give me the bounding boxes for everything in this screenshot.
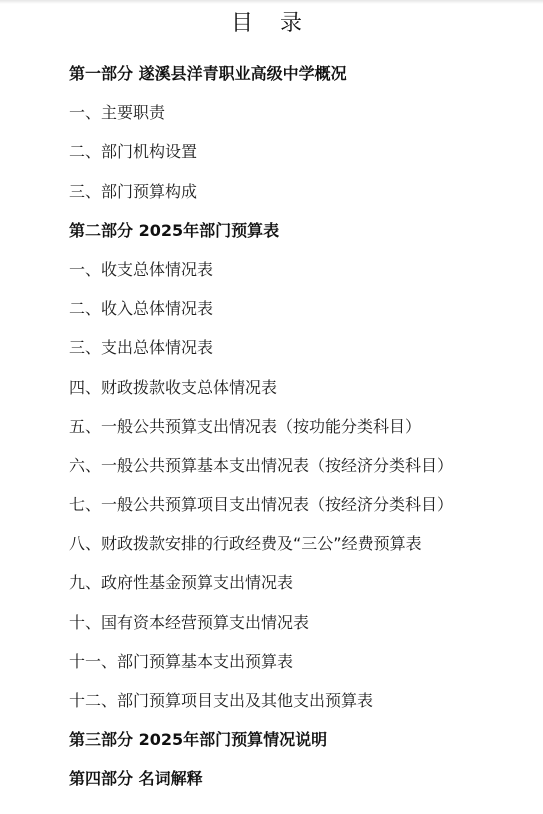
toc-item-three-public-expenses[interactable]: 八、财政拨款安排的行政经费及“三公”经费预算表 [69,530,453,569]
toc-item-general-budget-basic-by-economic[interactable]: 六、一般公共预算基本支出情况表（按经济分类科目） [69,452,453,491]
toc-item-main-duties[interactable]: 一、主要职责 [69,99,453,138]
toc-item-state-capital[interactable]: 十、国有资本经营预算支出情况表 [69,609,453,648]
toc-item-general-budget-project-by-economic[interactable]: 七、一般公共预算项目支出情况表（按经济分类科目） [69,491,453,530]
toc-item-general-budget-by-function[interactable]: 五、一般公共预算支出情况表（按功能分类科目） [69,413,453,452]
page-top-edge [0,0,543,4]
table-of-contents: 第一部分 遂溪县洋青职业高级中学概况 一、主要职责 二、部门机构设置 三、部门预… [69,60,453,805]
toc-part-1[interactable]: 第一部分 遂溪县洋青职业高级中学概况 [69,60,453,99]
toc-item-fiscal-appropriation-overview[interactable]: 四、财政拨款收支总体情况表 [69,374,453,413]
page-title: 目 录 [0,8,543,40]
toc-item-budget-composition[interactable]: 三、部门预算构成 [69,178,453,217]
toc-item-revenue-expenditure-overview[interactable]: 一、收支总体情况表 [69,256,453,295]
toc-part-2[interactable]: 第二部分 2025年部门预算表 [69,217,453,256]
toc-item-expenditure-overview[interactable]: 三、支出总体情况表 [69,334,453,373]
toc-part-3[interactable]: 第三部分 2025年部门预算情况说明 [69,726,453,765]
toc-part-4[interactable]: 第四部分 名词解释 [69,765,453,804]
toc-item-project-expenditure-budget[interactable]: 十二、部门预算项目支出及其他支出预算表 [69,687,453,726]
toc-item-government-fund[interactable]: 九、政府性基金预算支出情况表 [69,569,453,608]
toc-item-revenue-overview[interactable]: 二、收入总体情况表 [69,295,453,334]
toc-item-org-structure[interactable]: 二、部门机构设置 [69,138,453,177]
toc-item-basic-expenditure-budget[interactable]: 十一、部门预算基本支出预算表 [69,648,453,687]
